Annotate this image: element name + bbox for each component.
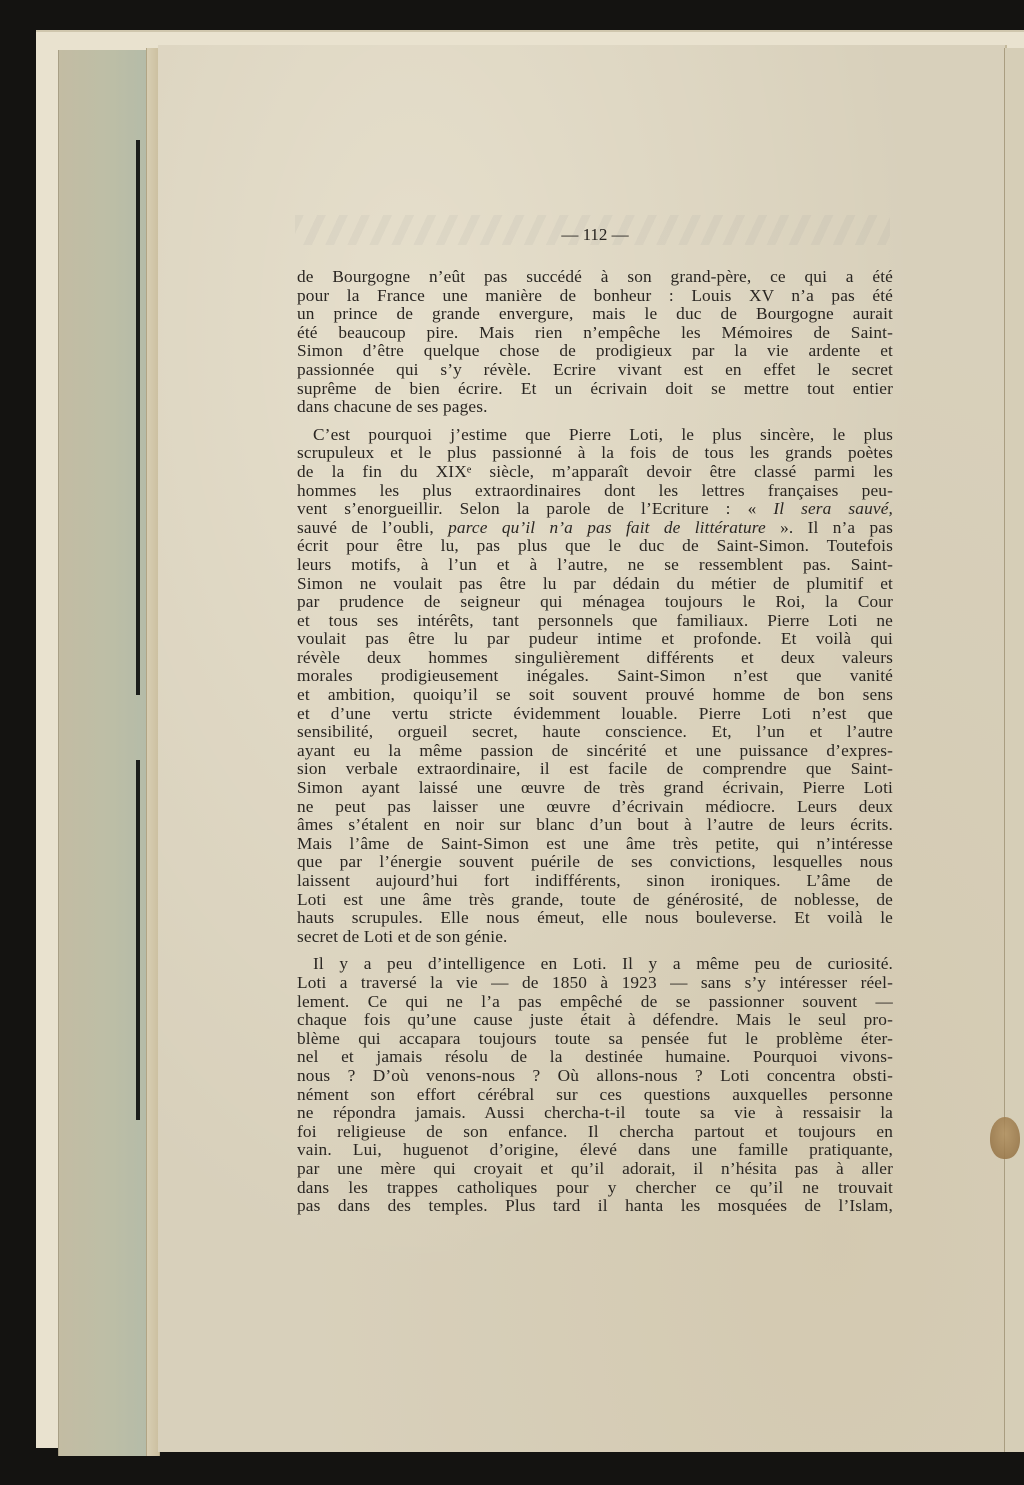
text-line: Simon ne voulait pas être lu par dédain … — [297, 575, 893, 594]
text-line: par une mère qui croyait et qu’il adorai… — [297, 1160, 893, 1179]
text-line: révèle deux hommes singulièrement différ… — [297, 649, 893, 668]
text-line: de la fin du XIXᵉ siècle, m’apparaît dev… — [297, 463, 893, 482]
text-line: de Bourgogne n’eût pas succédé à son gra… — [297, 268, 893, 287]
paragraph-2: C’est pourquoi j’estime que Pierre Loti,… — [297, 426, 893, 947]
text-line: hauts scrupules. Elle nous émeut, elle n… — [297, 909, 893, 928]
text-line: morales prodigieusement inégales. Saint-… — [297, 667, 893, 686]
text-line: nel et jamais résolu de la destinée huma… — [297, 1048, 893, 1067]
text-line: ne peut pas laisser une œuvre d’écrivain… — [297, 798, 893, 817]
italic-quote: Il sera sauvé, — [773, 499, 893, 518]
text-line: pour la France une manière de bonheur : … — [297, 287, 893, 306]
text-line: secret de Loti et de son génie. — [297, 928, 893, 947]
text-line: été beaucoup pire. Mais rien n’empêche l… — [297, 324, 893, 343]
text-line: hommes les plus extraordinaires dont les… — [297, 482, 893, 501]
text-line: leurs motifs, à l’un et à l’autre, ne se… — [297, 556, 893, 575]
cover-rule-bottom — [136, 760, 140, 1120]
text-line: Simon d’être quelque chose de prodigieux… — [297, 342, 893, 361]
text-line: ayant eu la même passion de sincérité et… — [297, 742, 893, 761]
text-line: nément son effort cérébral sur ces quest… — [297, 1086, 893, 1105]
text-line: nous ? D’où venons-nous ? Où allons-nous… — [297, 1067, 893, 1086]
page-number: — 112 — — [0, 225, 1024, 245]
text-line: dans les trappes catholiques pour y cher… — [297, 1179, 893, 1198]
text-line: écrit pour être lu, pas plus que le duc … — [297, 537, 893, 556]
text-line: que par l’énergie souvent puérile de ses… — [297, 853, 893, 872]
text-line: laissent aujourd’hui fort indifférents, … — [297, 872, 893, 891]
text-line: suprême de bien écrire. Et un écrivain d… — [297, 380, 893, 399]
text-line: blème qui accapara toujours toute sa pen… — [297, 1030, 893, 1049]
text-line: un prince de grande envergure, mais le d… — [297, 305, 893, 324]
text-line: âmes s’étalent en noir sur blanc d’un bo… — [297, 816, 893, 835]
text-line: ne répondra jamais. Aussi chercha-t-il t… — [297, 1104, 893, 1123]
text-line: vent s’enorgueillir. Selon la parole de … — [297, 500, 893, 519]
text-line: Il y a peu d’intelligence en Loti. Il y … — [297, 955, 893, 974]
text-line: sauvé de l’oubli, parce qu’il n’a pas fa… — [297, 519, 893, 538]
text-line: Loti a traversé la vie — de 1850 à 1923 … — [297, 974, 893, 993]
paragraph-3: Il y a peu d’intelligence en Loti. Il y … — [297, 955, 893, 1215]
text-line: chaque fois qu’une cause juste était à d… — [297, 1011, 893, 1030]
text-line: et ambition, quoiqu’il se soit souvent p… — [297, 686, 893, 705]
text-line: et tous ses intérêts, tant personnels qu… — [297, 612, 893, 631]
paragraph-1: de Bourgogne n’eût pas succédé à son gra… — [297, 268, 893, 417]
water-stain — [990, 1117, 1020, 1159]
text-line: scrupuleux et le plus passionné à la foi… — [297, 444, 893, 463]
text-line: Loti est une âme très grande, toute de g… — [297, 891, 893, 910]
text-line: C’est pourquoi j’estime que Pierre Loti,… — [297, 426, 893, 445]
text-line: voulait pas être lu par pudeur intime et… — [297, 630, 893, 649]
text-line: vain. Lui, huguenot d’origine, élevé dan… — [297, 1141, 893, 1160]
text-line: sion verbale extraordinaire, il est faci… — [297, 760, 893, 779]
text-line: passionnée qui s’y révèle. Ecrire vivant… — [297, 361, 893, 380]
text-line: sensibilité, orgueil secret, haute consc… — [297, 723, 893, 742]
body-text: de Bourgogne n’eût pas succédé à son gra… — [297, 268, 893, 1225]
italic-quote: parce qu’il n’a pas fait de littérature — [448, 518, 766, 537]
text-line: pas dans des temples. Plus tard il hanta… — [297, 1197, 893, 1216]
text-line: Simon ayant laissé une œuvre de très gra… — [297, 779, 893, 798]
text-line: lement. Ce qui ne l’a pas empêché de se … — [297, 993, 893, 1012]
text-line: Mais l’âme de Saint-Simon est une âme tr… — [297, 835, 893, 854]
text-line: et d’une vertu stricte évidemment louabl… — [297, 705, 893, 724]
cover-rule-top — [136, 140, 140, 695]
text-line: par prudence de seigneur qui ménagea tou… — [297, 593, 893, 612]
text-line: foi religieuse de son enfance. Il cherch… — [297, 1123, 893, 1142]
text-line: dans chacune de ses pages. — [297, 398, 893, 417]
next-page-edge — [1004, 48, 1024, 1452]
